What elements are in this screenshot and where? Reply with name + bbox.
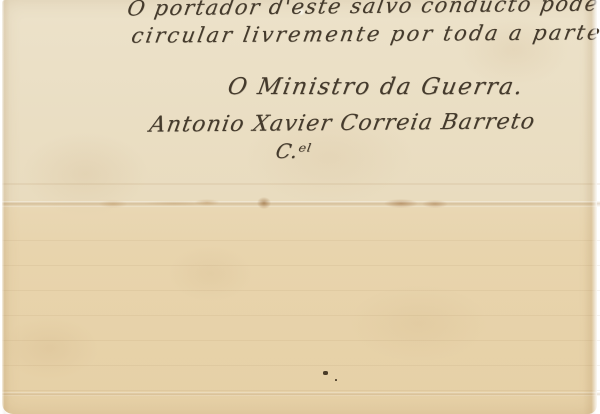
handwritten-body-line-1: O portador d'este salvo conducto pode xyxy=(126,0,600,20)
stain-spot xyxy=(194,199,220,206)
faint-ruled-lines xyxy=(2,216,600,414)
paper-left-edge-shade xyxy=(2,0,10,414)
faint-crease xyxy=(2,183,600,185)
stain-spot xyxy=(422,200,448,208)
handwritten-signature-title: O Ministro da Guerra. xyxy=(226,74,526,100)
horizontal-fold-crease xyxy=(2,201,600,207)
paper-right-edge-shade xyxy=(583,0,597,414)
handwritten-signature-name: Antonio Xavier Correia Barreto xyxy=(148,109,538,137)
ink-speck xyxy=(323,371,328,375)
handwritten-body-line-2: circular livremente por toda a parte xyxy=(130,20,600,47)
stain-spot xyxy=(98,200,128,208)
handwritten-signature-rank: C.ᵉˡ xyxy=(274,139,314,163)
document-page: O portador d'este salvo conducto pode ci… xyxy=(2,0,597,414)
ink-speck xyxy=(335,379,337,381)
stain-spot xyxy=(384,199,418,208)
bottom-fold-crease xyxy=(2,392,600,396)
stain-spot xyxy=(257,197,271,209)
